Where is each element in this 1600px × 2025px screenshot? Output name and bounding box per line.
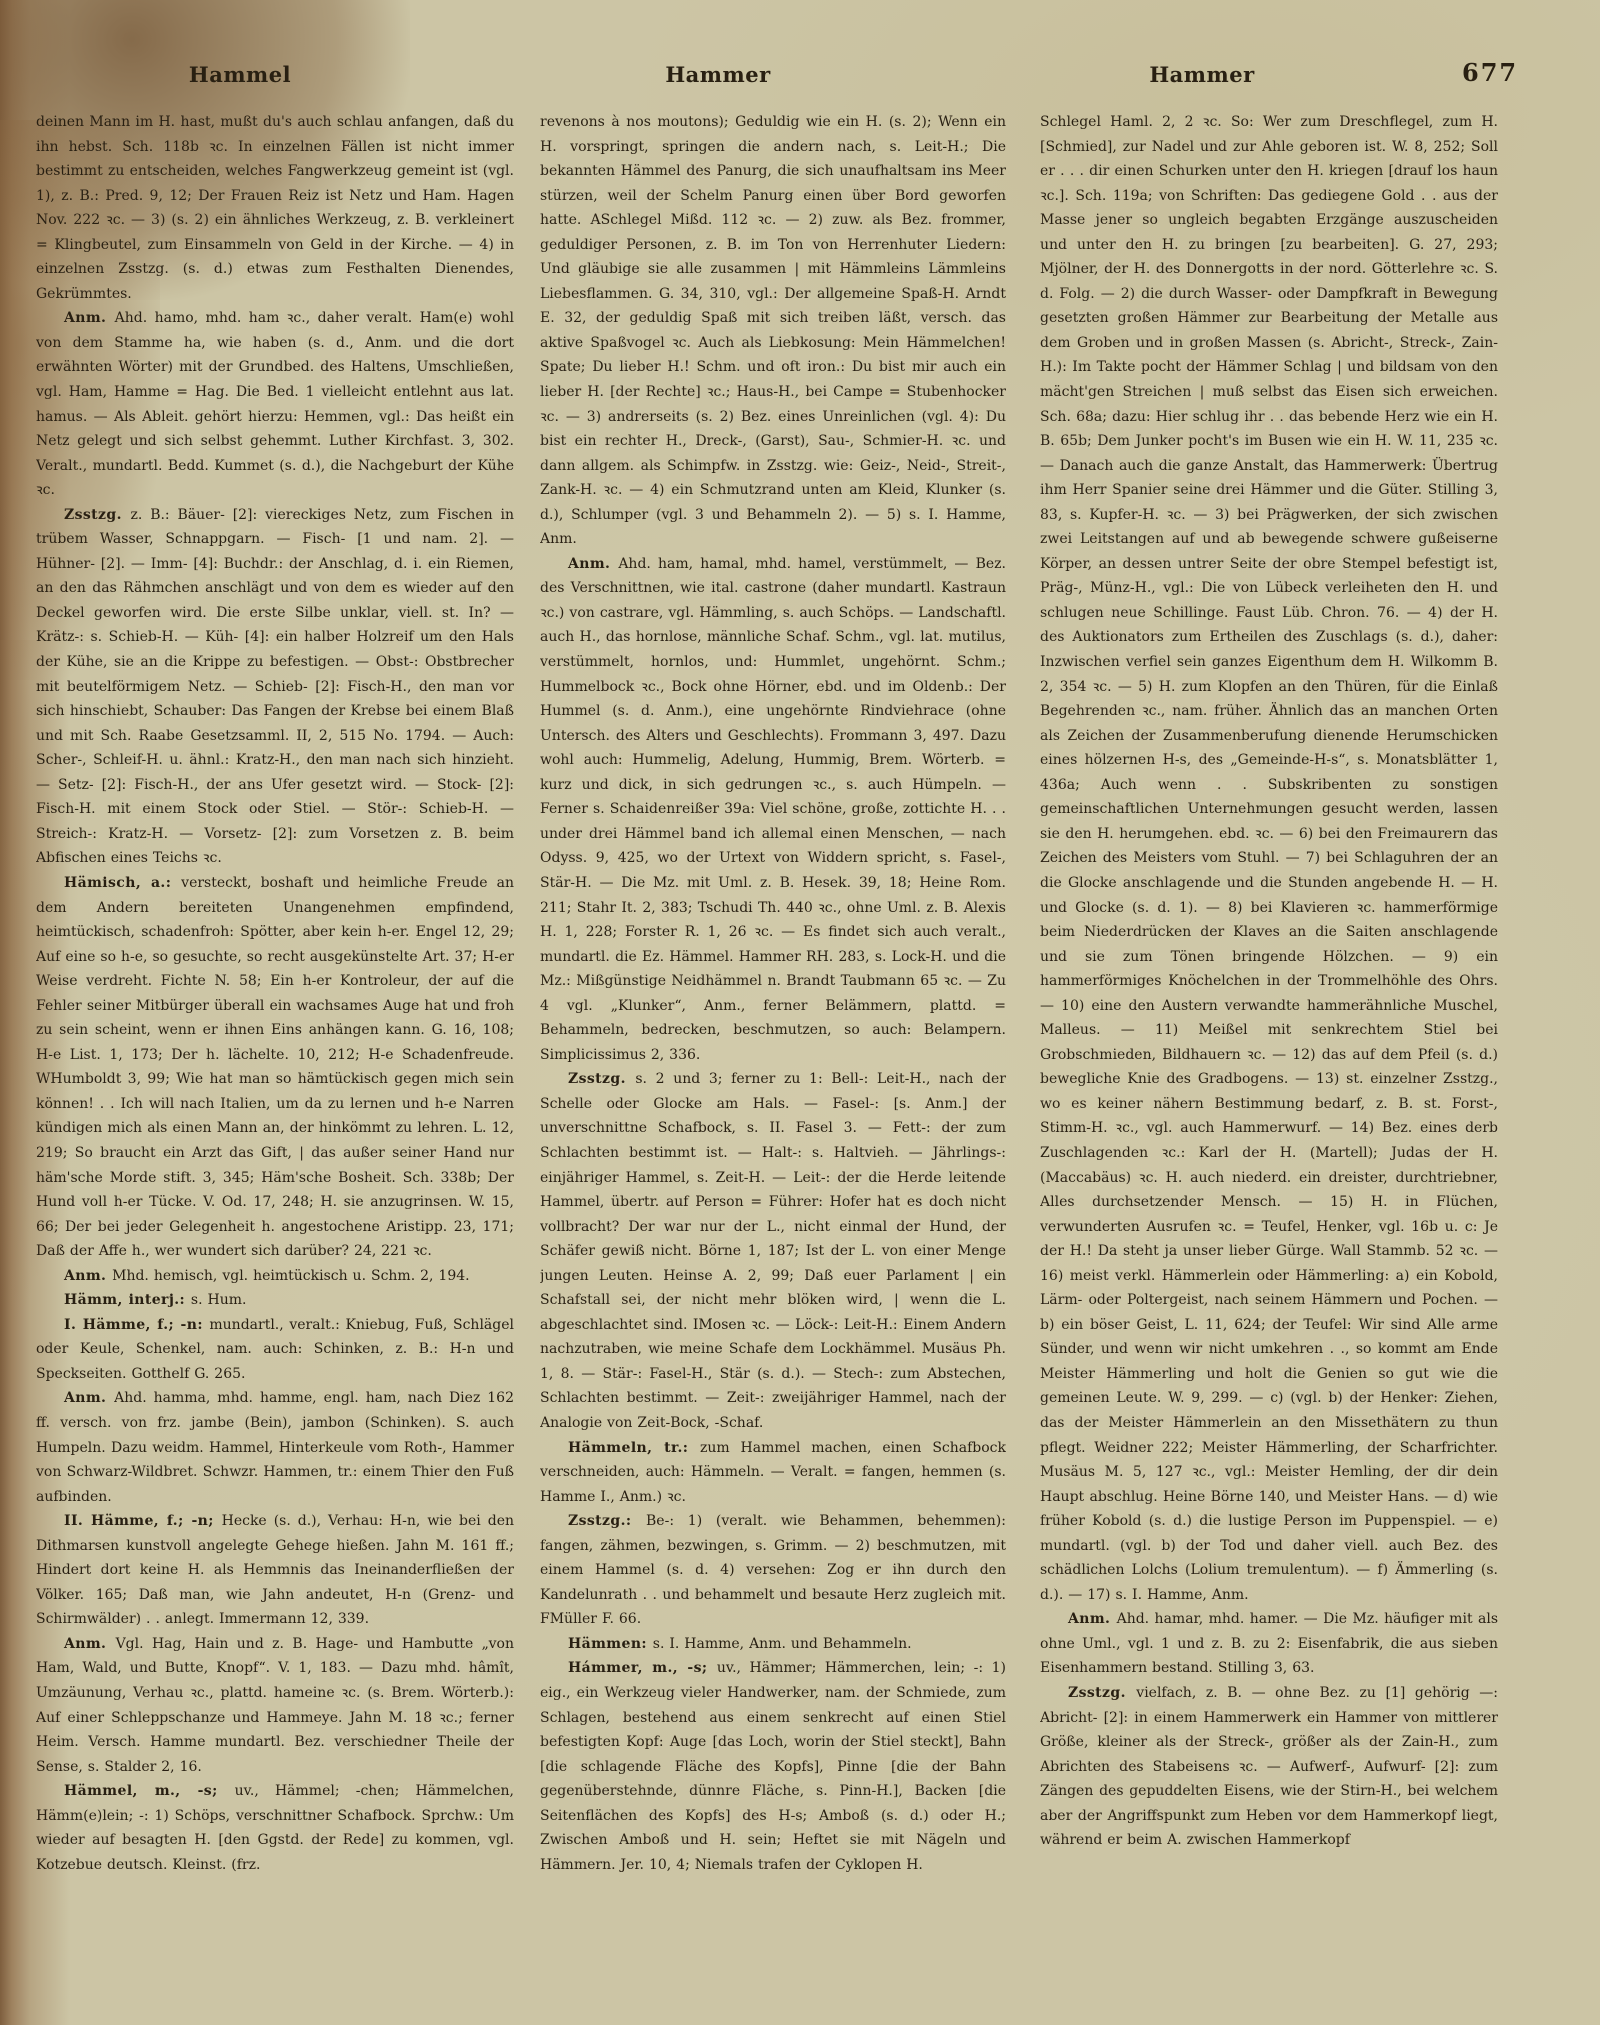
paragraph: Anm. Ahd. hamo, mhd. ham ꝛc., daher vera…: [36, 306, 514, 502]
paragraph: Zsstzg. s. 2 und 3; ferner zu 1: Bell-: …: [540, 1067, 1006, 1435]
headword: Hämmeln, tr.:: [568, 1440, 700, 1456]
headword: Zsstzg.: [1068, 1685, 1136, 1701]
headword: Anm.: [1068, 1611, 1117, 1627]
running-head-right: Hammer: [1149, 62, 1254, 87]
headword: Zsstzg.: [568, 1071, 635, 1087]
headword: Anm.: [64, 310, 115, 326]
paragraph: Anm. Ahd. hamma, mhd. hamme, engl. ham, …: [36, 1386, 514, 1509]
paragraph: II. Hämme, f.; -n; Hecke (s. d.), Verhau…: [36, 1509, 514, 1632]
headword: Hámmer, m., -s;: [568, 1660, 717, 1676]
running-head-center: Hammer: [665, 62, 770, 87]
paragraph: Hämmel, m., -s; uv., Hämmel; -chen; Hämm…: [36, 1779, 514, 1877]
paragraph: Anm. Ahd. hamar, mhd. hamer. — Die Mz. h…: [1040, 1607, 1498, 1681]
headword: Hämmen:: [568, 1636, 653, 1652]
paragraph: Hämisch, a.: versteckt, boshaft und heim…: [36, 871, 514, 1264]
paragraph: I. Hämme, f.; -n: mundartl., veralt.: Kn…: [36, 1313, 514, 1387]
text-column-1: deinen Mann im H. hast, mußt du's auch s…: [36, 110, 514, 1900]
paragraph: Anm. Ahd. ham, hamal, mhd. hamel, verstü…: [540, 552, 1006, 1067]
page-scan: Hammel Hammer Hammer 677 deinen Mann im …: [0, 0, 1600, 2025]
headword: Hämisch, a.:: [64, 875, 181, 891]
paragraph: Anm. Mhd. hemisch, vgl. heimtückisch u. …: [36, 1264, 514, 1289]
paragraph: Hämm, interj.: s. Hum.: [36, 1288, 514, 1313]
paragraph: Schlegel Haml. 2, 2 ꝛc. So: Wer zum Dres…: [1040, 110, 1498, 1607]
paragraph: Zsstzg.: Be-: 1) (veralt. wie Behammen, …: [540, 1509, 1006, 1632]
headword: I. Hämme, f.; -n:: [64, 1317, 209, 1333]
headword: Hämmel, m., -s;: [64, 1783, 235, 1799]
headword: II. Hämme, f.; -n;: [64, 1513, 222, 1529]
paragraph: Hämmen: s. I. Hamme, Anm. und Behammeln.: [540, 1632, 1006, 1657]
text-column-2: revenons à nos moutons); Geduldig wie ei…: [540, 110, 1006, 1900]
headword: Anm.: [64, 1268, 112, 1284]
paragraph: Anm. Vgl. Hag, Hain und z. B. Hage- und …: [36, 1632, 514, 1779]
paragraph: Hámmer, m., -s; uv., Hämmer; Hämmerchen,…: [540, 1656, 1006, 1877]
paragraph: Zsstzg. z. B.: Bäuer- [2]: viereckiges N…: [36, 503, 514, 871]
page-number: 677: [1462, 58, 1518, 87]
paragraph: revenons à nos moutons); Geduldig wie ei…: [540, 110, 1006, 552]
text-column-3: Schlegel Haml. 2, 2 ꝛc. So: Wer zum Dres…: [1040, 110, 1498, 1900]
headword: Anm.: [568, 556, 618, 572]
headword: Anm.: [64, 1390, 114, 1406]
headword: Hämm, interj.:: [64, 1292, 191, 1308]
headword: Anm.: [64, 1636, 116, 1652]
running-head-left: Hammel: [189, 62, 291, 87]
headword: Zsstzg.:: [568, 1513, 646, 1529]
paragraph: Zsstzg. vielfach, z. B. — ohne Bez. zu […: [1040, 1681, 1498, 1853]
paragraph: deinen Mann im H. hast, mußt du's auch s…: [36, 110, 514, 306]
paragraph: Hämmeln, tr.: zum Hammel machen, einen S…: [540, 1436, 1006, 1510]
headword: Zsstzg.: [64, 507, 131, 523]
